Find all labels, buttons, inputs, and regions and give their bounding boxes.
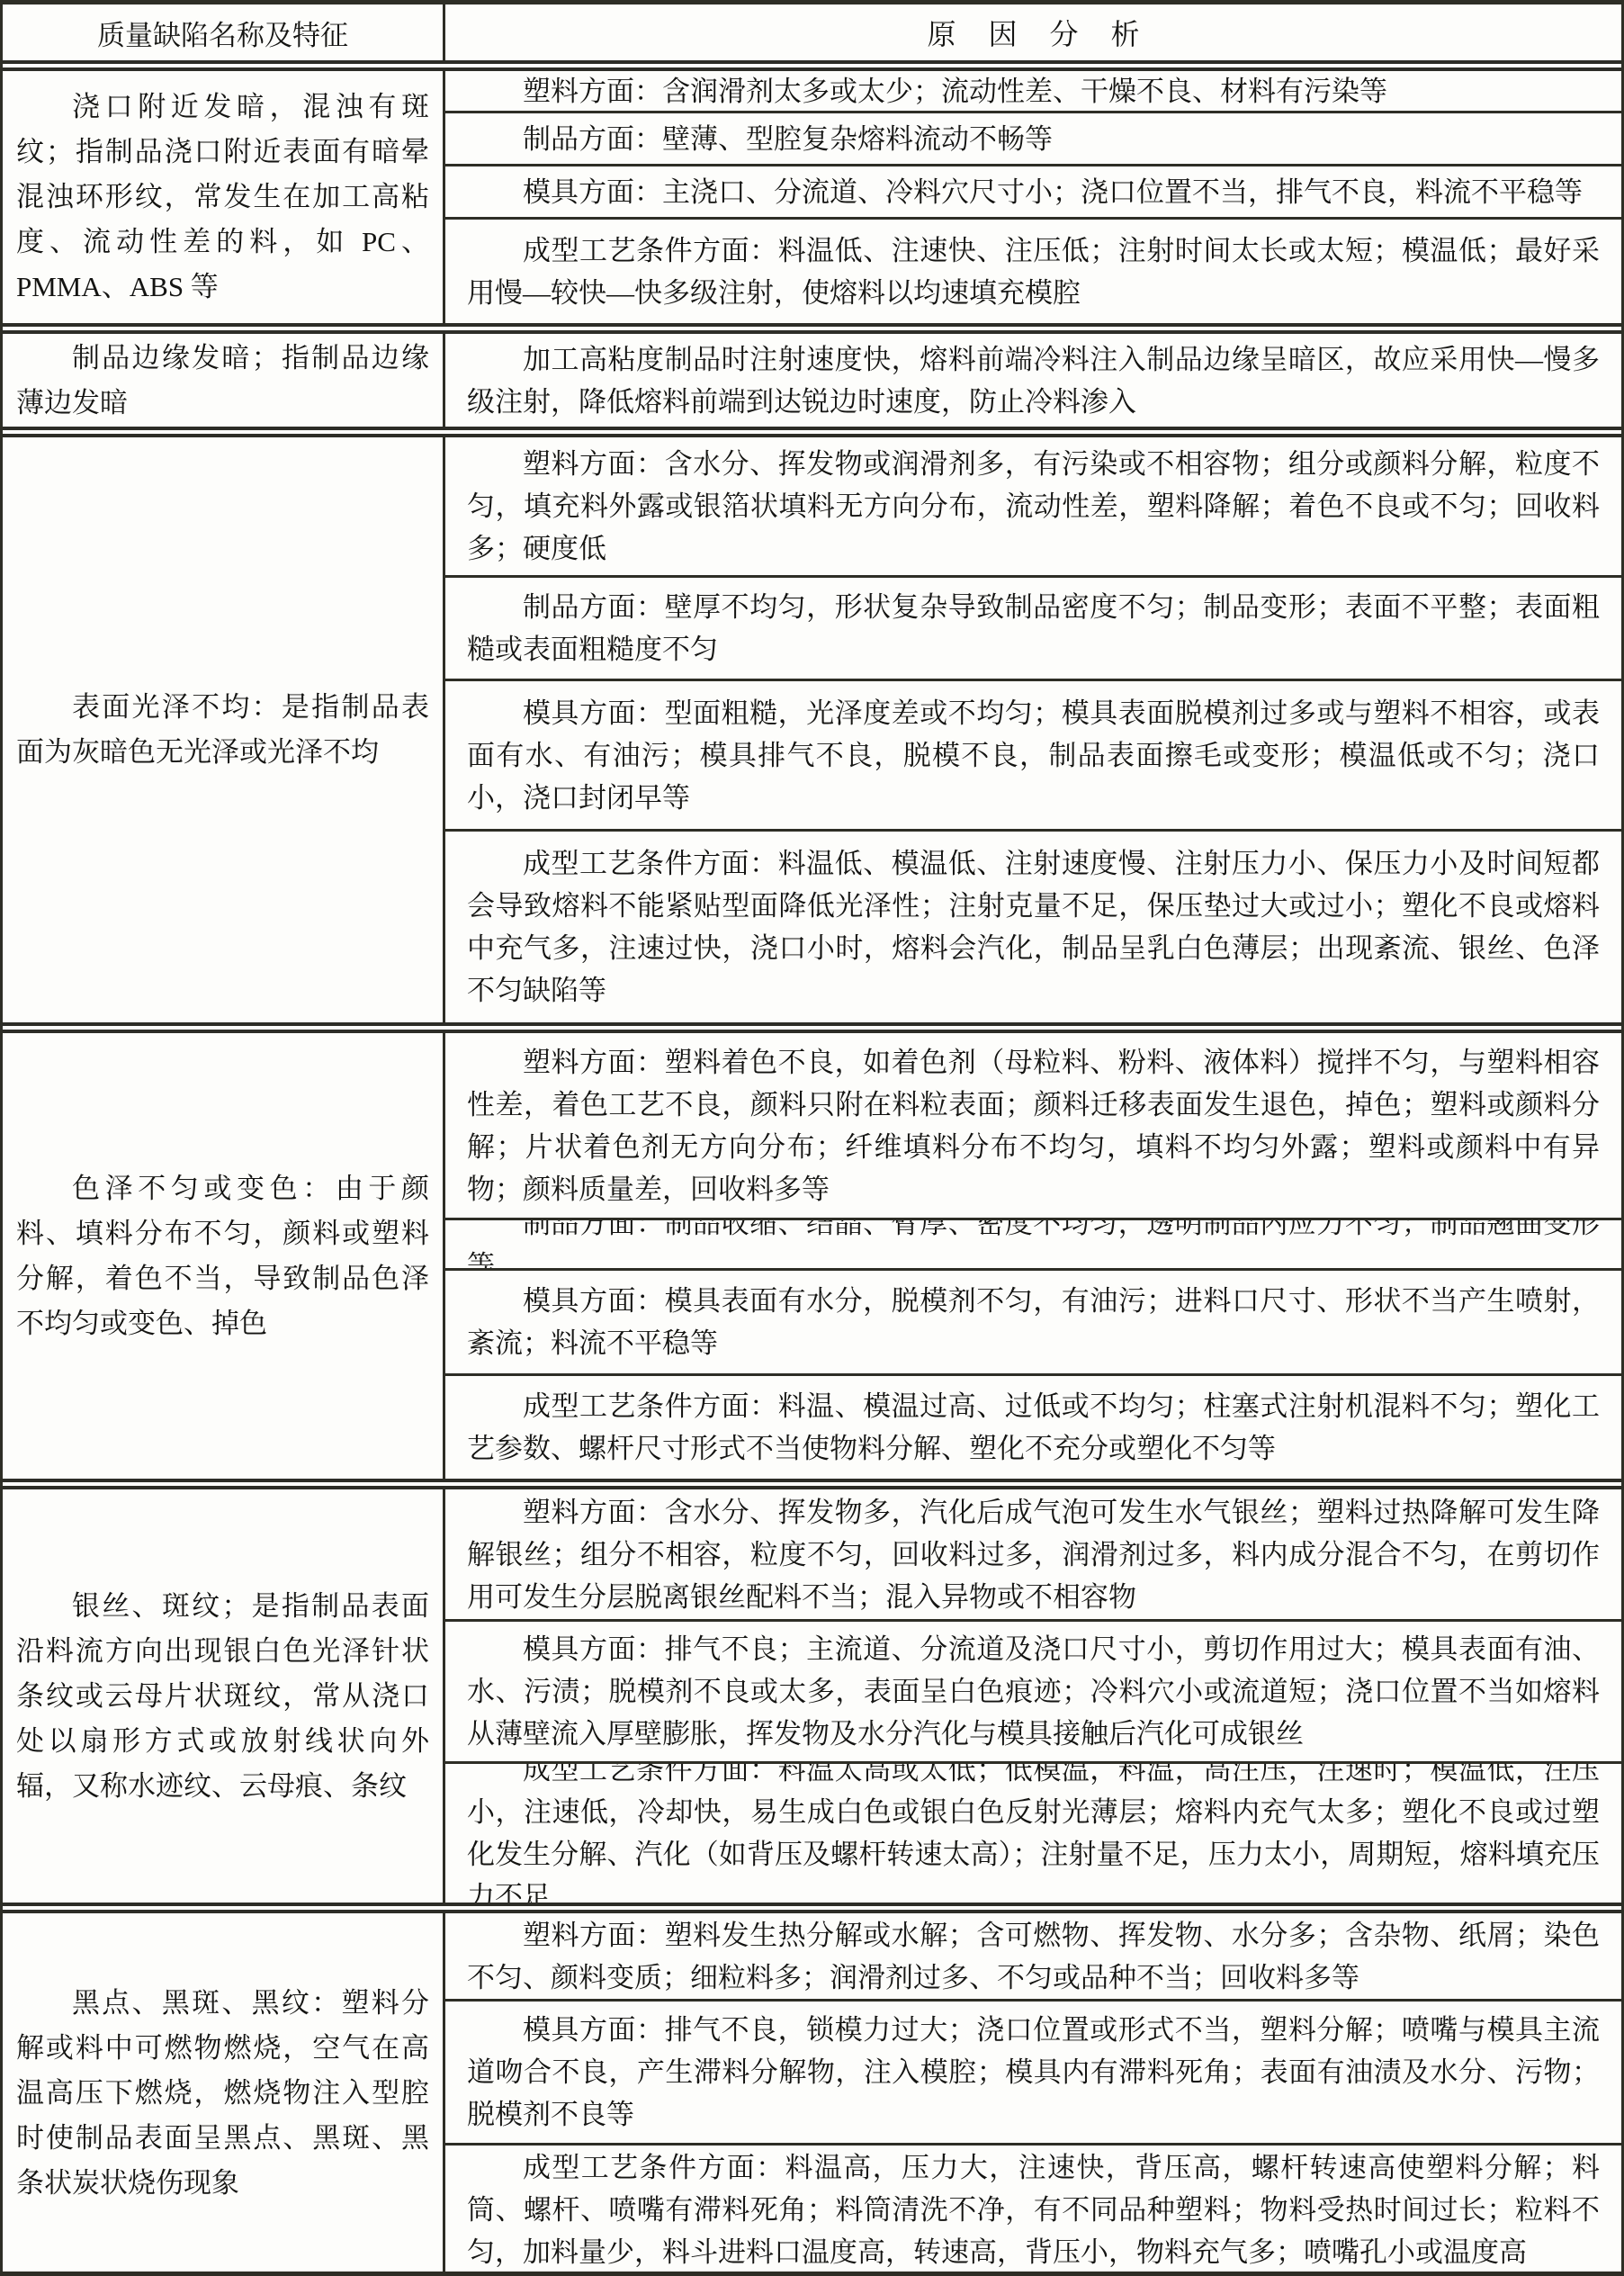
cause-cell-group: 塑料方面：塑料发生热分解或水解；含可燃物、挥发物、水分多；含杂物、纸屑；染色不匀… — [445, 1913, 1621, 2273]
cause-cell: 成型工艺条件方面：料温高，压力大，注速快，背压高，螺杆转速高使塑料分解；料筒、螺… — [445, 2143, 1621, 2273]
cause-cell: 模具方面：排气不良，锁模力过大；浇口位置或形式不当，塑料分解；喷嘴与模具主流道吻… — [445, 1999, 1621, 2143]
cause-text: 制品方面：制品收缩、结晶、臂厚、密度不均匀，透明制品内应力不匀；制品翘曲变形等 — [467, 1218, 1600, 1268]
cause-text: 塑料方面：塑料发生热分解或水解；含可燃物、挥发物、水分多；含杂物、纸屑；染色不匀… — [467, 1914, 1600, 1999]
cause-cell: 模具方面：模具表面有水分，脱模剂不匀，有油污；进料口尺寸、形状不当产生喷射，紊流… — [445, 1268, 1621, 1373]
cause-cell: 成型工艺条件方面：料温低、模温低、注射速度慢、注射压力小、保压力小及时间短都会导… — [445, 829, 1621, 1022]
header-defect-label: 质量缺陷名称及特征 — [97, 13, 348, 53]
defect-text: 色泽不匀或变色：由于颜料、填料分布不匀，颜料或塑料分解，着色不当，导致制品色泽不… — [16, 1166, 429, 1346]
cause-text: 模具方面：主浇口、分流道、冷料穴尺寸小；浇口位置不当，排气不良，料流不平稳等 — [467, 171, 1600, 213]
defect-cell: 色泽不匀或变色：由于颜料、填料分布不匀，颜料或塑料分解，着色不当，导致制品色泽不… — [3, 1033, 445, 1479]
cause-text: 模具方面：排气不良；主流道、分流道及浇口尺寸小，剪切作用过大；模具表面有油、水、… — [467, 1628, 1600, 1755]
cause-cell: 模具方面：主浇口、分流道、冷料穴尺寸小；浇口位置不当，排气不良，料流不平稳等 — [445, 164, 1621, 217]
cause-cell: 制品方面：制品收缩、结晶、臂厚、密度不均匀，透明制品内应力不匀；制品翘曲变形等 — [445, 1218, 1621, 1268]
cause-cell: 塑料方面：含润滑剂太多或太少；流动性差、干燥不良、材料有污染等 — [445, 71, 1621, 111]
table-row: 色泽不匀或变色：由于颜料、填料分布不匀，颜料或塑料分解，着色不当，导致制品色泽不… — [3, 1022, 1621, 1479]
cause-cell-group: 加工高粘度制品时注射速度快，熔料前端冷料注入制品边缘呈暗区，故应采用快—慢多级注… — [445, 334, 1621, 427]
cause-text: 成型工艺条件方面：料温太高或太低；低模温，料温，高注压，注速时；模温低，注压小，… — [467, 1761, 1600, 1903]
header-cause-label: 原因分析 — [894, 12, 1171, 53]
defect-cell: 黑点、黑斑、黑纹：塑料分解或料中可燃物燃烧，空气在高温高压下燃烧，燃烧物注入型腔… — [3, 1913, 445, 2273]
cause-cell: 塑料方面：塑料发生热分解或水解；含可燃物、挥发物、水分多；含杂物、纸屑；染色不匀… — [445, 1913, 1621, 1999]
cause-text: 成型工艺条件方面：料温、模温过高、过低或不均匀；柱塞式注射机混料不匀；塑化工艺参… — [467, 1385, 1600, 1470]
defect-text: 制品边缘发暗；指制品边缘薄边发暗 — [16, 336, 429, 426]
table-row: 表面光泽不均：是指制品表面为灰暗色无光泽或光泽不均塑料方面：含水分、挥发物或润滑… — [3, 427, 1621, 1022]
table-row: 黑点、黑斑、黑纹：塑料分解或料中可燃物燃烧，空气在高温高压下燃烧，燃烧物注入型腔… — [3, 1903, 1621, 2273]
cause-text: 塑料方面：含水分、挥发物或润滑剂多，有污染或不相容物；组分或颜料分解，粒度不匀，… — [467, 443, 1600, 570]
cause-cell: 成型工艺条件方面：料温低、注速快、注压低；注射时间太长或太短；模温低；最好采用慢… — [445, 217, 1621, 323]
cause-cell: 成型工艺条件方面：料温、模温过高、过低或不均匀；柱塞式注射机混料不匀；塑化工艺参… — [445, 1373, 1621, 1479]
cause-text: 塑料方面：塑料着色不良，如着色剂（母粒料、粉料、液体料）搅拌不匀，与塑料相容性差… — [467, 1041, 1600, 1210]
cause-cell: 制品方面：壁厚不均匀，形状复杂导致制品密度不匀；制品变形；表面不平整；表面粗糙或… — [445, 575, 1621, 679]
cause-cell: 成型工艺条件方面：料温太高或太低；低模温，料温，高注压，注速时；模温低，注压小，… — [445, 1761, 1621, 1903]
cause-text: 塑料方面：含水分、挥发物多，汽化后成气泡可发生水气银丝；塑料过热降解可发生降解银… — [467, 1491, 1600, 1618]
cause-cell: 制品方面：壁薄、型腔复杂熔料流动不畅等 — [445, 111, 1621, 164]
defect-cell: 浇口附近发暗，混浊有斑纹；指制品浇口附近表面有暗晕混浊环形纹，常发生在加工高粘度… — [3, 71, 445, 323]
cause-cell: 塑料方面：含水分、挥发物或润滑剂多，有污染或不相容物；组分或颜料分解，粒度不匀，… — [445, 437, 1621, 575]
defect-cell: 银丝、斑纹；是指制品表面沿料流方向出现银白色光泽针状条纹或云母片状斑纹，常从浇口… — [3, 1489, 445, 1903]
cause-cell-group: 塑料方面：塑料着色不良，如着色剂（母粒料、粉料、液体料）搅拌不匀，与塑料相容性差… — [445, 1033, 1621, 1479]
defect-text: 黑点、黑斑、黑纹：塑料分解或料中可燃物燃烧，空气在高温高压下燃烧，燃烧物注入型腔… — [16, 1981, 429, 2206]
header-cause-column: 原因分析 — [445, 4, 1621, 60]
defect-text: 表面光泽不均：是指制品表面为灰暗色无光泽或光泽不均 — [16, 685, 429, 775]
cause-cell-group: 塑料方面：含水分、挥发物或润滑剂多，有污染或不相容物；组分或颜料分解，粒度不匀，… — [445, 437, 1621, 1022]
defect-text: 银丝、斑纹；是指制品表面沿料流方向出现银白色光泽针状条纹或云母片状斑纹，常从浇口… — [16, 1584, 429, 1809]
cause-text: 模具方面：型面粗糙，光泽度差或不均匀；模具表面脱模剂过多或与塑料不相容，或表面有… — [467, 692, 1600, 819]
cause-cell: 加工高粘度制品时注射速度快，熔料前端冷料注入制品边缘呈暗区，故应采用快—慢多级注… — [445, 334, 1621, 427]
table-row: 制品边缘发暗；指制品边缘薄边发暗加工高粘度制品时注射速度快，熔料前端冷料注入制品… — [3, 323, 1621, 427]
cause-cell: 塑料方面：含水分、挥发物多，汽化后成气泡可发生水气银丝；塑料过热降解可发生降解银… — [445, 1489, 1621, 1619]
cause-text: 成型工艺条件方面：料温高，压力大，注速快，背压高，螺杆转速高使塑料分解；料筒、螺… — [467, 2146, 1600, 2273]
cause-text: 成型工艺条件方面：料温低、注速快、注压低；注射时间太长或太短；模温低；最好采用慢… — [467, 229, 1600, 314]
cause-cell: 塑料方面：塑料着色不良，如着色剂（母粒料、粉料、液体料）搅拌不匀，与塑料相容性差… — [445, 1033, 1621, 1218]
cause-cell-group: 塑料方面：含水分、挥发物多，汽化后成气泡可发生水气银丝；塑料过热降解可发生降解银… — [445, 1489, 1621, 1903]
table-body: 浇口附近发暗，混浊有斑纹；指制品浇口附近表面有暗晕混浊环形纹，常发生在加工高粘度… — [3, 60, 1621, 2273]
cause-cell-group: 塑料方面：含润滑剂太多或太少；流动性差、干燥不良、材料有污染等制品方面：壁薄、型… — [445, 71, 1621, 323]
cause-text: 塑料方面：含润滑剂太多或太少；流动性差、干燥不良、材料有污染等 — [467, 71, 1600, 111]
cause-text: 加工高粘度制品时注射速度快，熔料前端冷料注入制品边缘呈暗区，故应采用快—慢多级注… — [467, 338, 1600, 423]
cause-text: 制品方面：壁厚不均匀，形状复杂导致制品密度不匀；制品变形；表面不平整；表面粗糙或… — [467, 586, 1600, 670]
table-header-row: 质量缺陷名称及特征 原因分析 — [3, 4, 1621, 60]
cause-cell: 模具方面：型面粗糙，光泽度差或不均匀；模具表面脱模剂过多或与塑料不相容，或表面有… — [445, 679, 1621, 829]
defect-cell: 制品边缘发暗；指制品边缘薄边发暗 — [3, 334, 445, 427]
cause-text: 模具方面：模具表面有水分，脱模剂不匀，有油污；进料口尺寸、形状不当产生喷射，紊流… — [467, 1280, 1600, 1364]
table-row: 浇口附近发暗，混浊有斑纹；指制品浇口附近表面有暗晕混浊环形纹，常发生在加工高粘度… — [3, 60, 1621, 323]
defect-cell: 表面光泽不均：是指制品表面为灰暗色无光泽或光泽不均 — [3, 437, 445, 1022]
cause-text: 模具方面：排气不良，锁模力过大；浇口位置或形式不当，塑料分解；喷嘴与模具主流道吻… — [467, 2009, 1600, 2136]
cause-text: 成型工艺条件方面：料温低、模温低、注射速度慢、注射压力小、保压力小及时间短都会导… — [467, 842, 1600, 1012]
cause-text: 制品方面：壁薄、型腔复杂熔料流动不畅等 — [467, 118, 1600, 160]
defect-cause-table: 质量缺陷名称及特征 原因分析 浇口附近发暗，混浊有斑纹；指制品浇口附近表面有暗晕… — [0, 0, 1624, 2276]
cause-cell: 模具方面：排气不良；主流道、分流道及浇口尺寸小，剪切作用过大；模具表面有油、水、… — [445, 1619, 1621, 1761]
document-page: 质量缺陷名称及特征 原因分析 浇口附近发暗，混浊有斑纹；指制品浇口附近表面有暗晕… — [0, 0, 1624, 2276]
defect-text: 浇口附近发暗，混浊有斑纹；指制品浇口附近表面有暗晕混浊环形纹，常发生在加工高粘度… — [16, 85, 429, 310]
table-row: 银丝、斑纹；是指制品表面沿料流方向出现银白色光泽针状条纹或云母片状斑纹，常从浇口… — [3, 1479, 1621, 1903]
header-defect-column: 质量缺陷名称及特征 — [3, 4, 445, 60]
